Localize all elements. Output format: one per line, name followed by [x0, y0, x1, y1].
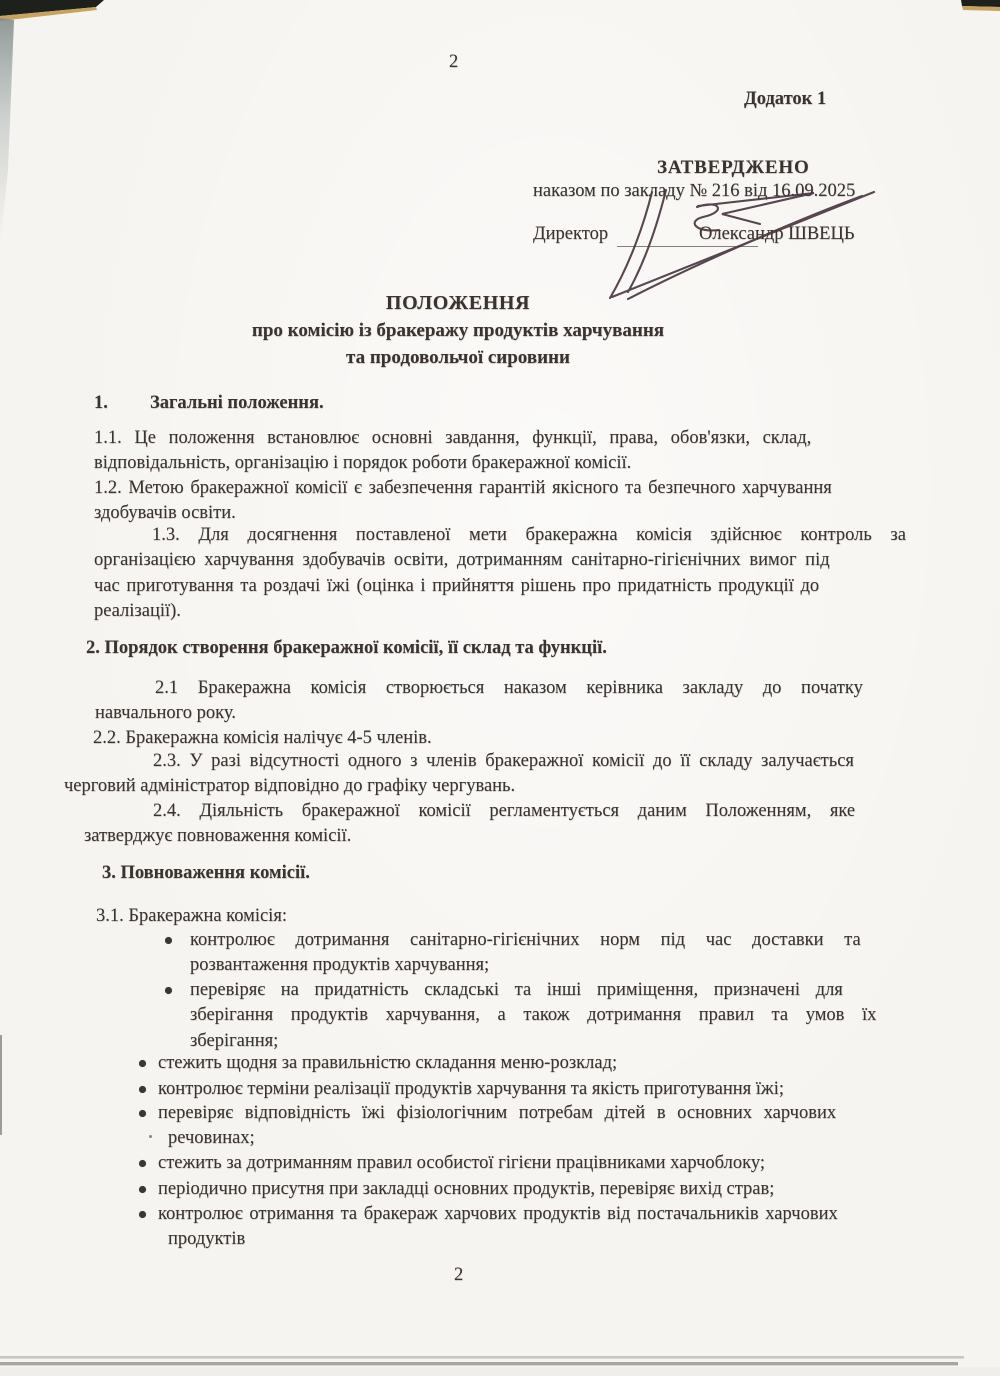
section-3-heading: 3. Повноваження комісії. — [102, 861, 310, 887]
paragraph-2-3-line: 2.3. У разі відсутності одного з членів … — [64, 749, 900, 774]
bullet-line: речовинах; — [158, 1126, 898, 1151]
bullet-line: періодично присутня при закладці основни… — [158, 1177, 898, 1202]
bullet-line: контролює дотримання санітарно-гігієнічн… — [190, 928, 898, 953]
bullet-icon — [139, 1060, 146, 1067]
bullet-item: перевіряє на придатність складські та ін… — [165, 978, 898, 1054]
paragraph-2-4: 2.4. Діяльність бракеражної комісії регл… — [81, 799, 900, 850]
paragraph-2-2-line: 2.2. Бракеражна комісія налічує 4-5 член… — [93, 726, 900, 751]
section-2-heading: 2. Порядок створення бракеражної комісії… — [86, 636, 607, 662]
paragraph-2-3: 2.3. У разі відсутності одного з членів … — [64, 749, 900, 800]
paragraph-2-1-line: навчального року. — [95, 701, 900, 726]
scanned-document-page: 2 Додаток 1 ЗАТВЕРДЖЕНО наказом по закла… — [0, 0, 1000, 1376]
approved-stamp: ЗАТВЕРДЖЕНО — [657, 155, 810, 181]
paragraph-1-1: 1.1. Це положення встановлює основні зав… — [94, 426, 900, 477]
bullet-icon — [165, 937, 172, 944]
paragraph-1-1-line: 1.1. Це положення встановлює основні зав… — [94, 426, 900, 451]
bullet-icon — [139, 1160, 146, 1167]
bullet-line: продуктів — [158, 1227, 898, 1252]
appendix-label: Додаток 1 — [744, 87, 826, 113]
section-1-number: 1. — [94, 391, 150, 417]
bullet-icon — [139, 1186, 146, 1193]
document-title: ПОЛОЖЕННЯ про комісію із бракеражу проду… — [58, 290, 858, 371]
bullet-line: перевіряє на придатність складські та ін… — [190, 978, 898, 1003]
bullet-line: контролює терміни реалізації продуктів х… — [158, 1077, 898, 1102]
paragraph-1-1-line: відповідальність, організацію і порядок … — [94, 451, 900, 476]
left-edge-speck — [0, 1035, 2, 1135]
paragraph-1-3-line: час приготування та роздачі їжі (оцінка … — [94, 574, 900, 599]
bottom-edge-line-lower — [0, 1362, 958, 1365]
paragraph-2-2: 2.2. Бракеражна комісія налічує 4-5 член… — [93, 726, 900, 751]
bottom-edge-line-upper — [0, 1356, 964, 1359]
bullet-icon — [139, 1110, 146, 1117]
bullet-item: періодично присутня при закладці основни… — [139, 1177, 898, 1202]
paragraph-1-3: 1.3. Для досягнення поставленої мети бра… — [94, 523, 900, 625]
left-edge-shadow — [0, 18, 14, 248]
bullet-item: перевіряє відповідність їжі фізіологічни… — [139, 1101, 898, 1152]
section-1-heading-text: Загальні положення. — [150, 393, 324, 413]
section-1-heading: 1.Загальні положення. — [94, 391, 324, 417]
bullet-item: стежить щодня за правильністю складання … — [139, 1051, 898, 1076]
paragraph-3-1: 3.1. Бракеражна комісія: — [96, 904, 900, 929]
top-right-black-band — [961, 0, 1000, 7]
title-line-1: ПОЛОЖЕННЯ — [58, 290, 858, 317]
bullet-line: зберігання продуктів харчування, а також… — [190, 1003, 898, 1028]
bullet-item: контролює отримання та бракераж харчових… — [139, 1202, 898, 1253]
paragraph-1-3-line: реалізації). — [94, 599, 900, 624]
paragraph-2-4-line: затверджує повноваження комісії. — [81, 824, 900, 849]
scan-speck — [149, 1135, 152, 1138]
bullet-line: перевіряє відповідність їжі фізіологічни… — [158, 1101, 898, 1126]
bottom-scan-area — [0, 1367, 1000, 1376]
bullet-item: контролює дотримання санітарно-гігієнічн… — [165, 928, 898, 979]
bullet-icon — [139, 1086, 146, 1093]
bullet-item: контролює терміни реалізації продуктів х… — [139, 1077, 898, 1102]
bullet-line: стежить щодня за правильністю складання … — [158, 1051, 898, 1076]
page-number-top: 2 — [449, 50, 458, 76]
bullet-line: контролює отримання та бракераж харчових… — [158, 1202, 898, 1227]
bullet-item: стежить за дотриманням правил особистої … — [139, 1151, 898, 1176]
bullet-icon — [139, 1211, 146, 1218]
paragraph-1-2-line: 1.2. Метою бракеражної комісії є забезпе… — [94, 476, 900, 501]
paragraph-2-3-line: черговий адміністратор відповідно до гра… — [64, 774, 900, 799]
paragraph-1-3-line: організацією харчування здобувачів освіт… — [94, 548, 900, 573]
page-number-bottom: 2 — [454, 1263, 463, 1289]
paragraph-3-1-line: 3.1. Бракеражна комісія: — [96, 904, 900, 929]
bullet-icon — [165, 987, 172, 994]
title-line-3: та продовольчої сировини — [58, 344, 858, 371]
paragraph-2-1-line: 2.1 Бракеражна комісія створюється наказ… — [95, 676, 900, 701]
title-line-2: про комісію із бракеражу продуктів харчу… — [58, 317, 858, 344]
paragraph-2-4-line: 2.4. Діяльність бракеражної комісії регл… — [81, 799, 900, 824]
bullet-line: розвантаження продуктів харчування; — [190, 953, 898, 978]
paragraph-1-2: 1.2. Метою бракеражної комісії є забезпе… — [94, 476, 900, 527]
paragraph-1-3-line: 1.3. Для досягнення поставленої мети бра… — [94, 523, 900, 548]
bullet-line: стежить за дотриманням правил особистої … — [158, 1151, 898, 1176]
paragraph-2-1: 2.1 Бракеражна комісія створюється наказ… — [95, 676, 900, 727]
